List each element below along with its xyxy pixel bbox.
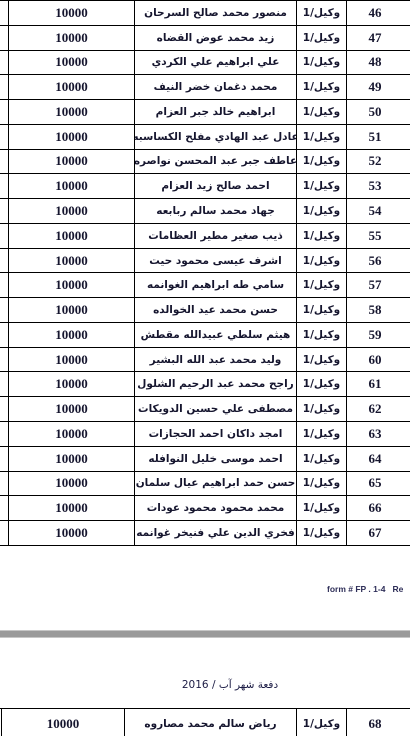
edge-cell	[0, 26, 9, 51]
filler-cell	[403, 26, 410, 51]
amount-cell: 10000	[9, 422, 135, 447]
rownum-cell: 57	[347, 273, 403, 298]
table-row: 10000مصطفى علي حسين الدويكاتوكيل/162	[0, 397, 410, 422]
name-cell: رياض سالم محمد مصاروه	[125, 709, 297, 736]
amount-cell: 10000	[9, 150, 135, 175]
name-cell: ابراهيم خالد جبر العزام	[135, 100, 297, 125]
table-row: 10000ابراهيم خالد جبر العزاموكيل/150	[0, 100, 410, 125]
amount-cell: 10000	[9, 323, 135, 348]
edge-cell	[0, 447, 9, 472]
rownum-cell: 66	[347, 496, 403, 521]
rownum-cell: 59	[347, 323, 403, 348]
name-cell: راجح محمد عبد الرحيم الشلول	[135, 372, 297, 397]
rownum-cell: 64	[347, 447, 403, 472]
table-row: 10000فخري الدين علي فنيخر غوانمهوكيل/167	[0, 521, 410, 546]
role-cell: وكيل/1	[297, 75, 347, 100]
filler-cell	[403, 51, 410, 76]
edge-cell	[0, 51, 9, 76]
amount-cell: 10000	[2, 709, 125, 736]
table-row: 10000علي ابراهيم علي الكرديوكيل/148	[0, 51, 410, 76]
edge-cell	[0, 100, 9, 125]
edge-cell	[0, 174, 9, 199]
role-cell: وكيل/1	[297, 397, 347, 422]
filler-cell	[403, 298, 410, 323]
filler-cell	[403, 472, 410, 497]
table-row: 10000رياض سالم محمد مصاروهوكيل/168	[0, 709, 410, 736]
amount-cell: 10000	[9, 1, 135, 26]
name-cell: وليد محمد عبد الله البشير	[135, 348, 297, 373]
amount-cell: 10000	[9, 372, 135, 397]
name-cell: امجد داكان احمد الحجازات	[135, 422, 297, 447]
table-row: 10000عاطف جبر عبد المحسن نواصرهوكيل/152	[0, 150, 410, 175]
name-cell: زيد محمد عوض القضاه	[135, 26, 297, 51]
amount-cell: 10000	[9, 125, 135, 150]
edge-cell	[0, 348, 9, 373]
role-cell: وكيل/1	[297, 1, 347, 26]
role-cell: وكيل/1	[297, 422, 347, 447]
edge-cell	[0, 422, 9, 447]
amount-cell: 10000	[9, 100, 135, 125]
filler-cell	[403, 447, 410, 472]
role-cell: وكيل/1	[297, 199, 347, 224]
filler-cell	[403, 496, 410, 521]
amount-cell: 10000	[9, 472, 135, 497]
edge-cell	[0, 224, 9, 249]
rownum-cell: 47	[347, 26, 403, 51]
rownum-cell: 54	[347, 199, 403, 224]
name-cell: عاطف جبر عبد المحسن نواصره	[135, 150, 297, 175]
table-row: 10000زيد محمد عوض القضاهوكيل/147	[0, 26, 410, 51]
rownum-cell: 49	[347, 75, 403, 100]
edge-cell	[0, 199, 9, 224]
rownum-cell: 58	[347, 298, 403, 323]
role-cell: وكيل/1	[297, 348, 347, 373]
amount-cell: 10000	[9, 447, 135, 472]
amount-cell: 10000	[9, 496, 135, 521]
edge-cell	[0, 150, 9, 175]
table-row: 10000ذيب صغير مطير العظاماتوكيل/155	[0, 224, 410, 249]
edge-cell	[0, 1, 9, 26]
edge-cell	[0, 323, 9, 348]
edge-cell	[0, 75, 9, 100]
rownum-cell: 62	[347, 397, 403, 422]
edge-cell	[0, 372, 9, 397]
name-cell: احمد صالح زيد العزام	[135, 174, 297, 199]
name-cell: مصطفى علي حسين الدويكات	[135, 397, 297, 422]
name-cell: عادل عبد الهادي مفلح الكساسبه	[135, 125, 297, 150]
name-cell: علي ابراهيم علي الكردي	[135, 51, 297, 76]
role-cell: وكيل/1	[297, 472, 347, 497]
edge-cell	[0, 273, 9, 298]
rownum-cell: 50	[347, 100, 403, 125]
table-row: 10000امجد داكان احمد الحجازاتوكيل/163	[0, 422, 410, 447]
filler-cell	[403, 224, 410, 249]
role-cell: وكيل/1	[297, 174, 347, 199]
table-row: 10000حسن محمد عيد الخوالدهوكيل/158	[0, 298, 410, 323]
filler-cell	[403, 75, 410, 100]
table-row: 10000جهاد محمد سالم ربابعهوكيل/154	[0, 199, 410, 224]
amount-cell: 10000	[9, 298, 135, 323]
rownum-cell: 55	[347, 224, 403, 249]
rownum-cell: 52	[347, 150, 403, 175]
edge-cell	[0, 125, 9, 150]
rownum-cell: 56	[347, 249, 403, 274]
name-cell: ذيب صغير مطير العظامات	[135, 224, 297, 249]
role-cell: وكيل/1	[297, 125, 347, 150]
filler-cell	[403, 348, 410, 373]
rownum-cell: 60	[347, 348, 403, 373]
name-cell: منصور محمد صالح السرحان	[135, 1, 297, 26]
filler-cell	[403, 150, 410, 175]
role-cell: وكيل/1	[297, 372, 347, 397]
filler-cell	[403, 199, 410, 224]
table-row: 10000حسن حمد ابراهيم عيال سلمانوكيل/165	[0, 472, 410, 497]
rownum-cell: 48	[347, 51, 403, 76]
table-row: 10000محمد محمود محمود عوداتوكيل/166	[0, 496, 410, 521]
amount-cell: 10000	[9, 273, 135, 298]
document-page: 10000منصور محمد صالح السرحانوكيل/1461000…	[0, 0, 410, 736]
edge-cell	[0, 249, 9, 274]
edge-cell	[0, 496, 9, 521]
table-row: 10000احمد صالح زيد العزاموكيل/153	[0, 174, 410, 199]
role-cell: وكيل/1	[297, 273, 347, 298]
filler-cell	[403, 273, 410, 298]
table-row: 10000منصور محمد صالح السرحانوكيل/146	[0, 1, 410, 26]
rownum-cell: 61	[347, 372, 403, 397]
role-cell: وكيل/1	[297, 150, 347, 175]
table-row: 10000محمد دغمان خضر النيفوكيل/149	[0, 75, 410, 100]
batch-month-title: دفعة شهر آب / 2016	[150, 676, 310, 694]
role-cell: وكيل/1	[297, 249, 347, 274]
name-cell: سامي طه ابراهيم الغوانمه	[135, 273, 297, 298]
edge-cell	[0, 472, 9, 497]
table-row: 10000اشرف عيسى محمود حيتوكيل/156	[0, 249, 410, 274]
rownum-cell: 51	[347, 125, 403, 150]
table-row: 10000عادل عبد الهادي مفلح الكساسبهوكيل/1…	[0, 125, 410, 150]
role-cell: وكيل/1	[297, 709, 347, 736]
filler-cell	[403, 249, 410, 274]
role-cell: وكيل/1	[297, 521, 347, 546]
rownum-cell: 53	[347, 174, 403, 199]
amount-cell: 10000	[9, 51, 135, 76]
rownum-cell: 46	[347, 1, 403, 26]
name-cell: حسن محمد عيد الخوالده	[135, 298, 297, 323]
name-cell: هيثم سلطي عبيدالله مقطش	[135, 323, 297, 348]
form-number-label: form # FP . 1-4 Re	[327, 584, 403, 594]
rownum-cell: 65	[347, 472, 403, 497]
salary-table-page2: 10000رياض سالم محمد مصاروهوكيل/168	[0, 708, 410, 736]
page-separator	[0, 630, 410, 638]
role-cell: وكيل/1	[297, 447, 347, 472]
amount-cell: 10000	[9, 521, 135, 546]
name-cell: فخري الدين علي فنيخر غوانمه	[135, 521, 297, 546]
role-cell: وكيل/1	[297, 224, 347, 249]
amount-cell: 10000	[9, 249, 135, 274]
table-row: 10000هيثم سلطي عبيدالله مقطشوكيل/159	[0, 323, 410, 348]
rownum-cell: 63	[347, 422, 403, 447]
role-cell: وكيل/1	[297, 496, 347, 521]
table-row: 10000احمد موسى خليل النوافلهوكيل/164	[0, 447, 410, 472]
table-row: 10000وليد محمد عبد الله البشيروكيل/160	[0, 348, 410, 373]
name-cell: حسن حمد ابراهيم عيال سلمان	[135, 472, 297, 497]
filler-cell	[403, 1, 410, 26]
rownum-cell: 67	[347, 521, 403, 546]
name-cell: محمد محمود محمود عودات	[135, 496, 297, 521]
filler-cell	[403, 422, 410, 447]
role-cell: وكيل/1	[297, 26, 347, 51]
filler-cell	[403, 323, 410, 348]
role-cell: وكيل/1	[297, 323, 347, 348]
amount-cell: 10000	[9, 199, 135, 224]
edge-cell	[0, 397, 9, 422]
filler-cell	[403, 125, 410, 150]
table-row: 10000سامي طه ابراهيم الغوانمهوكيل/157	[0, 273, 410, 298]
filler-cell	[403, 100, 410, 125]
filler-cell	[403, 397, 410, 422]
role-cell: وكيل/1	[297, 298, 347, 323]
amount-cell: 10000	[9, 75, 135, 100]
salary-table-page1: 10000منصور محمد صالح السرحانوكيل/1461000…	[0, 0, 410, 546]
edge-cell	[0, 521, 9, 546]
edge-cell	[0, 298, 9, 323]
name-cell: احمد موسى خليل النوافله	[135, 447, 297, 472]
rownum-cell: 68	[347, 709, 403, 736]
filler-cell	[403, 174, 410, 199]
amount-cell: 10000	[9, 397, 135, 422]
amount-cell: 10000	[9, 26, 135, 51]
filler-cell	[403, 372, 410, 397]
role-cell: وكيل/1	[297, 100, 347, 125]
table-row: 10000راجح محمد عبد الرحيم الشلولوكيل/161	[0, 372, 410, 397]
name-cell: جهاد محمد سالم ربابعه	[135, 199, 297, 224]
amount-cell: 10000	[9, 174, 135, 199]
amount-cell: 10000	[9, 224, 135, 249]
filler-cell	[403, 521, 410, 546]
amount-cell: 10000	[9, 348, 135, 373]
name-cell: محمد دغمان خضر النيف	[135, 75, 297, 100]
filler-cell	[403, 709, 410, 736]
role-cell: وكيل/1	[297, 51, 347, 76]
name-cell: اشرف عيسى محمود حيت	[135, 249, 297, 274]
